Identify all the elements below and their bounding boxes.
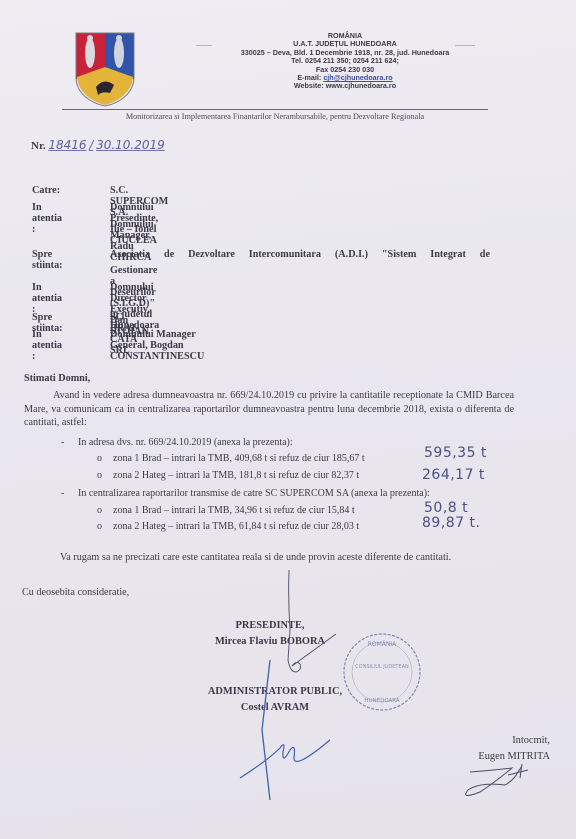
svg-text:HUNEDOARA: HUNEDOARA xyxy=(364,698,400,704)
scanned-letter-page: ROMÂNIA U.A.T. JUDEȚUL HUNEDOARA 330025 … xyxy=(0,0,576,839)
svg-text:CONSILIUL JUDEȚEAN: CONSILIUL JUDEȚEAN xyxy=(355,664,409,670)
prepared-by-signature xyxy=(0,0,576,839)
official-stamp-icon: ROMÂNIA CONSILIUL JUDEȚEAN HUNEDOARA xyxy=(337,628,427,716)
svg-text:ROMÂNIA: ROMÂNIA xyxy=(368,641,397,648)
